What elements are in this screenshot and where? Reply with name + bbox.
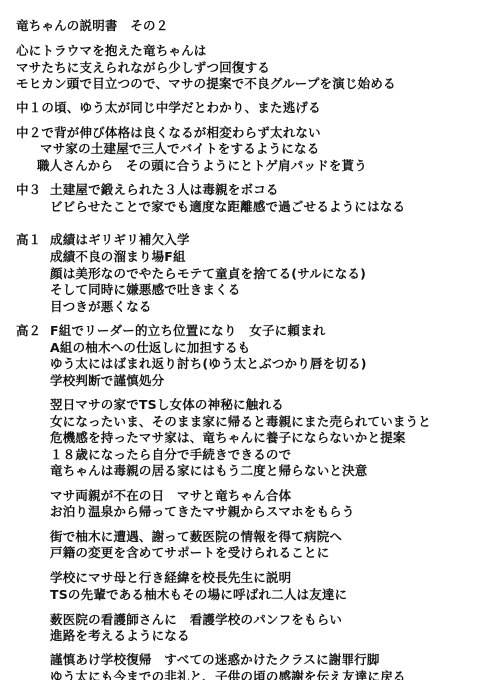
section-label: 高２ — [16, 323, 41, 339]
text-line: 中１の頃、ゆう太が同じ中学だとわかり、また逃げる — [16, 100, 321, 116]
text-line: マサたちに支えられながら少しずつ回復する — [16, 60, 270, 76]
section-label: 高１ — [16, 232, 41, 248]
text-line: 女になったいま、そのまま家に帰ると毒親にまた売られていまうと — [50, 414, 431, 430]
text-line: 目つきが悪くなる — [50, 299, 152, 315]
document-title: 竜ちゃんの説明書 その２ — [16, 18, 168, 34]
text-line: お泊り温泉から帰ってきたマサ親からスマホをもらう — [50, 504, 355, 520]
text-line: 薮医院の看護師さんに 看護学校のパンフをもらい — [50, 612, 342, 628]
text-line: 成績はギリギリ補欠入学 — [50, 232, 190, 248]
text-line: 学校にマサ母と行き経緯を校長先生に説明 — [50, 570, 291, 586]
text-line: F組でリーダー的立ち位置になり 女子に頼まれ — [50, 323, 325, 339]
text-line: １８歳になったら自分で手続きできるので — [50, 447, 291, 463]
text-line: 翌日マサの家でTSし女体の神秘に触れる — [50, 397, 284, 413]
text-line: 進路を考えるようになる — [50, 628, 190, 644]
text-line: 心にトラウマを抱えた竜ちゃんは — [16, 43, 207, 59]
text-line: 学校判断で謹慎処分 — [50, 373, 164, 389]
text-line: 土建屋で鍛えられた３人は毒親をボコる — [50, 182, 279, 198]
text-line: 職人さんから その頭に合うようにとトゲ肩パッドを貰う — [37, 158, 367, 174]
text-line: A組の柚木への仕返しに加担するも — [50, 340, 250, 356]
text-line: 危機感を持ったマサ家は、竜ちゃんに養子にならないかと提案 — [50, 430, 406, 446]
text-line: 戸籍の変更を含めてサポートを受けられることに — [50, 545, 329, 561]
text-line: 街で柚木に遭遇、謝って薮医院の情報を得て病院へ — [50, 529, 342, 545]
text-line: 成績不良の溜まり場F組 — [50, 249, 186, 265]
text-line: マサ家の土建屋で三人でバイトをするようになる — [40, 141, 319, 157]
text-line: TSの先輩である柚木もその場に呼ばれ二人は友達に — [50, 587, 347, 603]
text-line: ビビらせたことで家でも適度な距離感で過ごせるようにはなる — [50, 199, 405, 215]
text-line: ゆう太にはばまれ返り討ち(ゆう太とぶつかり唇を切る) — [50, 356, 367, 372]
text-line: 顔は美形なのでやたらモテて童貞を捨てる(サルになる) — [50, 266, 366, 282]
text-line: 竜ちゃんは毒親の居る家にはもう二度と帰らないと決意 — [50, 463, 368, 479]
section-label: 中３ — [16, 182, 41, 198]
text-line: そして同時に嫌悪感で吐きまくる — [50, 282, 241, 298]
text-line: 中２で背が伸び体格は良くなるが相変わらず太れない — [16, 125, 321, 141]
text-line: 謹慎あけ学校復帰 すべての迷惑かけたクラスに謝罪行脚 — [50, 652, 380, 668]
text-line: モヒカン頭で目立つので、マサの提案で不良グループを演じ始める — [16, 76, 396, 92]
document-page: 竜ちゃんの説明書 その２ 心にトラウマを抱えた竜ちゃんは マサたちに支えられなが… — [0, 0, 481, 680]
text-line: マサ両親が不在の日 マサと竜ちゃん合体 — [50, 488, 291, 504]
text-line: ゆう太にも今までの非礼と、子供の頃の感謝を伝え友達に戻る — [50, 669, 406, 680]
